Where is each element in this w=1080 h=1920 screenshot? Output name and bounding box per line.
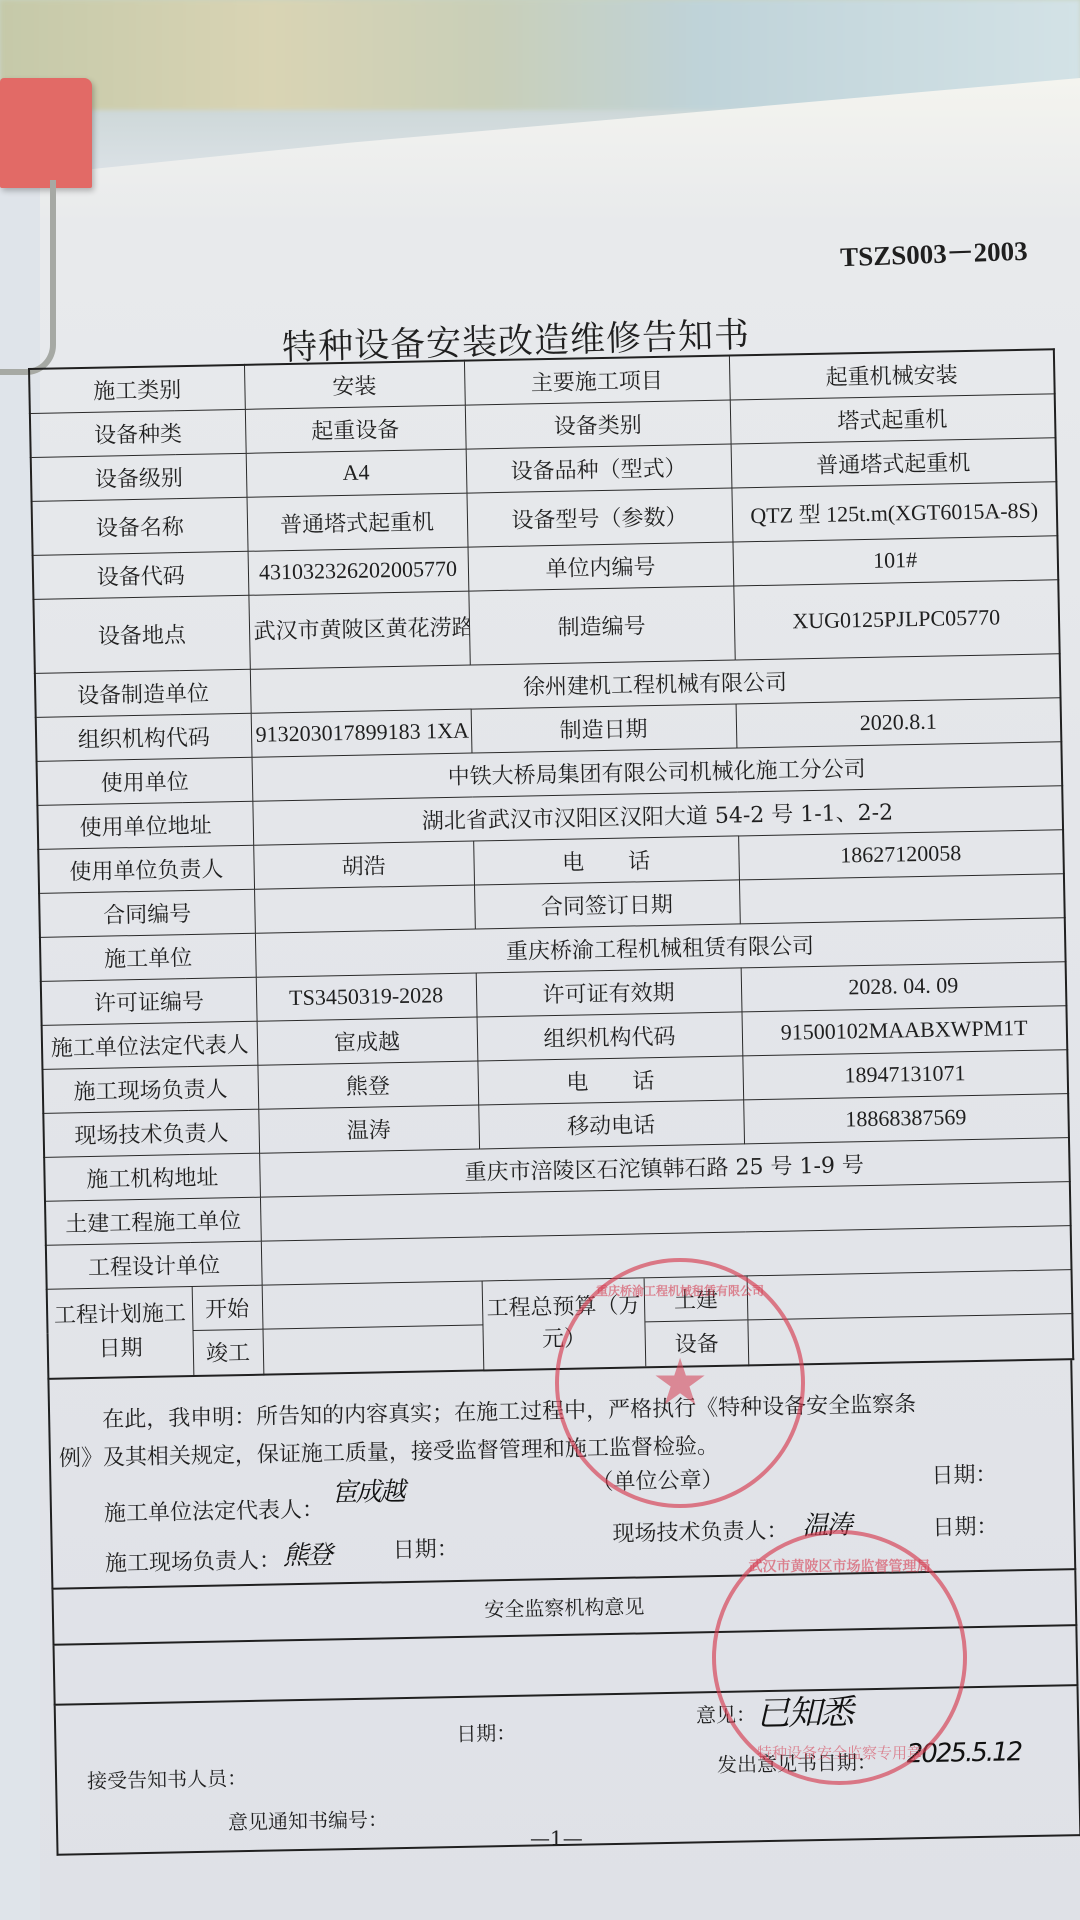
label: 组织机构代码 bbox=[36, 713, 252, 761]
value: 起重设备 bbox=[245, 405, 466, 453]
label: 使用单位 bbox=[37, 757, 253, 805]
label: 设备种类 bbox=[30, 409, 246, 457]
value: 2020.8.1 bbox=[736, 697, 1062, 747]
start-value[interactable] bbox=[262, 1280, 483, 1329]
site-manager-signature: 熊登 bbox=[282, 1534, 331, 1572]
label: 设备地点 bbox=[33, 595, 249, 673]
label: 电 话 bbox=[473, 835, 739, 884]
schedule-label: 工程计划施工日期 bbox=[47, 1286, 194, 1378]
label: 许可证有效期 bbox=[476, 967, 742, 1016]
label: 施工单位法定代表人 bbox=[42, 1021, 258, 1069]
declaration-section: 在此，我申明：所告知的内容真实；在施工过程中，严格执行《特种设备安全监察条 例》… bbox=[47, 1360, 1076, 1590]
date-label-2: 日期： bbox=[932, 1509, 999, 1541]
label: 移动电话 bbox=[478, 1099, 744, 1148]
value: A4 bbox=[246, 449, 467, 497]
legal-rep-signature: 宦成越 bbox=[331, 1470, 404, 1508]
label: 施工类别 bbox=[29, 365, 245, 413]
label: 设备制造单位 bbox=[35, 669, 251, 717]
value: 起重机械安装 bbox=[729, 349, 1055, 399]
label: 现场技术负责人 bbox=[43, 1109, 259, 1157]
value: 安装 bbox=[244, 361, 465, 409]
opinion-signature: 已知悉 bbox=[755, 1684, 852, 1735]
value: 18868387569 bbox=[743, 1093, 1069, 1143]
value: 91500102MAABXWPM1T bbox=[741, 1005, 1067, 1055]
form-code: TSZS003－2003 bbox=[839, 229, 1028, 275]
notice-no-label: 意见通知书编号： bbox=[228, 1803, 389, 1835]
budget-label: 工程总预算（万元） bbox=[482, 1278, 647, 1369]
tech-manager-label: 现场技术负责人： bbox=[612, 1513, 789, 1547]
declaration-line1: 在此，我申明：所告知的内容真实；在施工过程中，严格执行《特种设备安全监察条 bbox=[102, 1387, 916, 1434]
value: QTZ 型 125t.m(XGT6015A-8S) bbox=[731, 481, 1057, 541]
label: 合同签订日期 bbox=[474, 879, 740, 928]
label: 设备代码 bbox=[33, 551, 249, 599]
civil-label: 土建 bbox=[645, 1276, 747, 1322]
site-manager-label: 施工现场负责人： bbox=[105, 1543, 282, 1577]
equipment-label: 设备 bbox=[646, 1320, 748, 1365]
value: 塔式起重机 bbox=[730, 393, 1056, 443]
value: 101# bbox=[732, 535, 1058, 585]
equipment-value[interactable] bbox=[747, 1314, 1073, 1365]
declaration-line2-prefix: 例》 bbox=[59, 1440, 104, 1472]
value: 2028. 04. 09 bbox=[741, 961, 1067, 1011]
value: 18947131071 bbox=[742, 1049, 1068, 1099]
tech-manager-signature: 温涛 bbox=[802, 1504, 851, 1542]
value[interactable] bbox=[739, 873, 1065, 923]
form-table: 施工类别 安装 主要施工项目 起重机械安装 设备种类 起重设备 设备类别 塔式起… bbox=[28, 348, 1074, 1379]
value: 普通塔式起重机 bbox=[247, 493, 468, 551]
label: 电 话 bbox=[477, 1055, 743, 1104]
label: 制造编号 bbox=[468, 585, 734, 664]
value: 熊登 bbox=[257, 1061, 478, 1109]
date-label-1: 日期： bbox=[931, 1457, 998, 1489]
notification-form: 施工类别 安装 主要施工项目 起重机械安装 设备种类 起重设备 设备类别 塔式起… bbox=[28, 348, 1080, 1855]
label: 主要施工项目 bbox=[464, 356, 730, 405]
seal-label: （单位公章） bbox=[591, 1462, 724, 1496]
budget-cell: 工程总预算（万元） 土建 设备 bbox=[482, 1275, 749, 1370]
label: 工程设计单位 bbox=[46, 1241, 262, 1289]
label: 使用单位负责人 bbox=[38, 845, 254, 893]
page-number: —1— bbox=[530, 1826, 583, 1850]
value: 温涛 bbox=[258, 1104, 479, 1152]
date-label-3: 日期： bbox=[392, 1531, 459, 1563]
date-label-4: 日期： bbox=[456, 1716, 517, 1746]
issue-date-label: 发出意见书日期： bbox=[717, 1745, 878, 1777]
value[interactable] bbox=[254, 885, 475, 933]
label: 单位内编号 bbox=[468, 542, 734, 591]
label: 施工机构地址 bbox=[44, 1153, 260, 1201]
issue-date-value: 2025.5.12 bbox=[906, 1737, 1021, 1769]
label: 使用单位地址 bbox=[37, 801, 253, 849]
label: 制造日期 bbox=[471, 703, 737, 752]
label: 施工现场负责人 bbox=[42, 1065, 258, 1113]
civil-value[interactable] bbox=[747, 1269, 1073, 1320]
binder-clip-handle bbox=[0, 180, 56, 375]
legal-rep-label: 施工单位法定代表人： bbox=[104, 1492, 325, 1527]
value: 胡浩 bbox=[253, 841, 474, 889]
label: 设备名称 bbox=[32, 497, 248, 555]
label: 设备品种（型式） bbox=[466, 444, 732, 493]
value: 普通塔式起重机 bbox=[731, 437, 1057, 487]
receiver-label: 接受告知书人员： bbox=[87, 1762, 248, 1794]
label: 土建工程施工单位 bbox=[45, 1197, 261, 1245]
value: TS3450319-2028 bbox=[256, 973, 477, 1021]
value: 913203017899183 1XA bbox=[251, 709, 472, 757]
end-label: 竣工 bbox=[193, 1329, 264, 1375]
value: 宦成越 bbox=[257, 1017, 478, 1065]
label: 施工单位 bbox=[40, 933, 256, 981]
label: 许可证编号 bbox=[41, 977, 257, 1025]
value: 武汉市黄陂区黄花涝路新建合肥至武汉高速铁路（湖北段）站前工程 HWZQ-4 标段… bbox=[248, 591, 469, 669]
binder-clip bbox=[0, 78, 92, 188]
label: 设备型号（参数） bbox=[466, 488, 732, 547]
start-label: 开始 bbox=[192, 1285, 263, 1331]
opinion-label: 意见： bbox=[696, 1698, 757, 1728]
value: 18627120058 bbox=[738, 829, 1064, 879]
value: 431032326202005770 bbox=[248, 547, 469, 595]
label: 设备类别 bbox=[465, 400, 731, 449]
end-value[interactable] bbox=[263, 1325, 484, 1374]
label: 合同编号 bbox=[39, 889, 255, 937]
label: 设备级别 bbox=[31, 453, 247, 501]
value: XUG0125PJLPC05770 bbox=[733, 579, 1059, 659]
label: 组织机构代码 bbox=[477, 1011, 743, 1060]
